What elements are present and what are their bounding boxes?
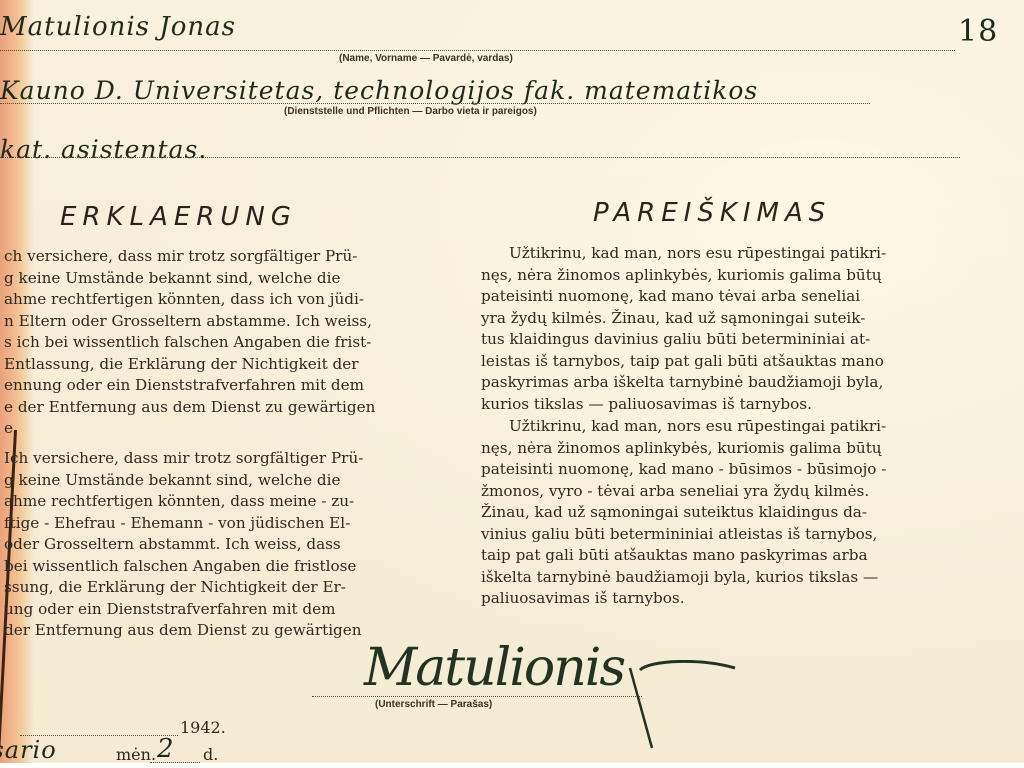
text-line: paliuosavimas iš tarnybos.: [481, 588, 919, 610]
text-line: yra žydų kilmės. Žinau, kad už sąmoninga…: [481, 308, 919, 330]
name-field-caption: (Name, Vorname — Pavardė, vardas): [339, 53, 513, 64]
text-line: ahme rechtfertigen könnten, dass ich von…: [4, 289, 430, 311]
workplace-field-line2: [0, 157, 960, 158]
lithuanian-paragraph-2: Užtikrinu, kad man, nors esu rūpestingai…: [481, 416, 919, 610]
text-line: ftige - Ehefrau - Ehemann - von jüdische…: [4, 513, 430, 535]
text-line: nęs, nėra žinomos aplinkybės, kuriomis g…: [481, 265, 919, 287]
text-line: e.: [4, 418, 430, 440]
text-line: bei wissentlich falschen Angaben die fri…: [4, 556, 430, 578]
text-line: ch versichere, dass mir trotz sorgfältig…: [4, 246, 430, 268]
text-line: g keine Umstände bekannt sind, welche di…: [4, 470, 430, 492]
text-line: e der Entfernung aus dem Dienst zu gewär…: [4, 397, 430, 419]
text-line: n Eltern oder Grosseltern abstamme. Ich …: [4, 311, 430, 333]
workplace-field-caption: (Dienststelle und Pflichten — Darbo viet…: [284, 106, 537, 117]
text-line: taip pat gali būti atšauktas mano paskyr…: [481, 545, 919, 567]
page-number: 18: [958, 14, 998, 49]
lithuanian-title: PAREIŠKIMAS: [593, 198, 831, 228]
text-line: Ich versichere, dass mir trotz sorgfälti…: [4, 448, 430, 470]
text-line: Užtikrinu, kad man, nors esu rūpestingai…: [481, 243, 919, 265]
text-line: leistas iš tarnybos, taip pat gali būti …: [481, 351, 919, 373]
workplace-field-line: [0, 103, 870, 104]
text-line: nęs, nėra žinomos aplinkybės, kuriomis g…: [481, 438, 919, 460]
text-line: Žinau, kad už sąmoningai suteiktus klaid…: [481, 502, 919, 524]
text-line: paskyrimas arba iškelta tarnybinė baudži…: [481, 372, 919, 394]
german-paragraph-1: ch versichere, dass mir trotz sorgfältig…: [4, 246, 430, 440]
text-line: tus klaidingus davinius galiu būti beter…: [481, 329, 919, 351]
handwritten-month: Vasario: [0, 736, 57, 764]
signature-flourish: [560, 660, 740, 750]
text-line: pateisinti nuomonę, kad mano tėvai arba …: [481, 286, 919, 308]
text-line: ssung, die Erklärung der Nichtigkeit der…: [4, 577, 430, 599]
handwritten-day: 2: [157, 734, 175, 764]
text-line: ahme rechtfertigen könnten, dass meine -…: [4, 491, 430, 513]
text-line: s ich bei wissentlich falschen Angaben d…: [4, 332, 430, 354]
day-label: d.: [203, 745, 218, 764]
text-line: vinius galiu būti betermininiai atleista…: [481, 524, 919, 546]
text-line: ung oder ein Dienststrafverfahren mit de…: [4, 599, 430, 621]
signature-caption: (Unterschrift — Parašas): [375, 699, 492, 710]
handwritten-workplace-line2: kat. asistentas.: [0, 135, 207, 164]
german-paragraph-2: Ich versichere, dass mir trotz sorgfälti…: [4, 448, 430, 642]
text-line: iškelta tarnybinė baudžiamoji byla, kuri…: [481, 567, 919, 589]
handwritten-name: Matulionis Jonas: [0, 12, 236, 42]
text-line: ennung oder ein Dienststrafverfahren mit…: [4, 375, 430, 397]
scan-bottom-edge: [0, 763, 1024, 768]
date-year: 1942.: [180, 718, 226, 737]
text-line: žmonos, vyro - tėvai arba seneliai yra ž…: [481, 481, 919, 503]
text-line: kurios tikslas — paliuosavimas iš tarnyb…: [481, 394, 919, 416]
text-line: Entlassung, die Erklärung der Nichtigkei…: [4, 354, 430, 376]
text-line: pateisinti nuomonę, kad mano - būsimos -…: [481, 459, 919, 481]
text-line: g keine Umstände bekannt sind, welche di…: [4, 268, 430, 290]
text-line: oder Grosseltern abstammt. Ich weiss, da…: [4, 534, 430, 556]
german-title: ERKLAERUNG: [60, 202, 297, 232]
name-field-line: [0, 50, 955, 51]
lithuanian-paragraph-1: Užtikrinu, kad man, nors esu rūpestingai…: [481, 243, 919, 415]
handwritten-workplace-line1: Kauno D. Universitetas, technologijos fa…: [0, 76, 758, 105]
text-line: Užtikrinu, kad man, nors esu rūpestingai…: [481, 416, 919, 438]
